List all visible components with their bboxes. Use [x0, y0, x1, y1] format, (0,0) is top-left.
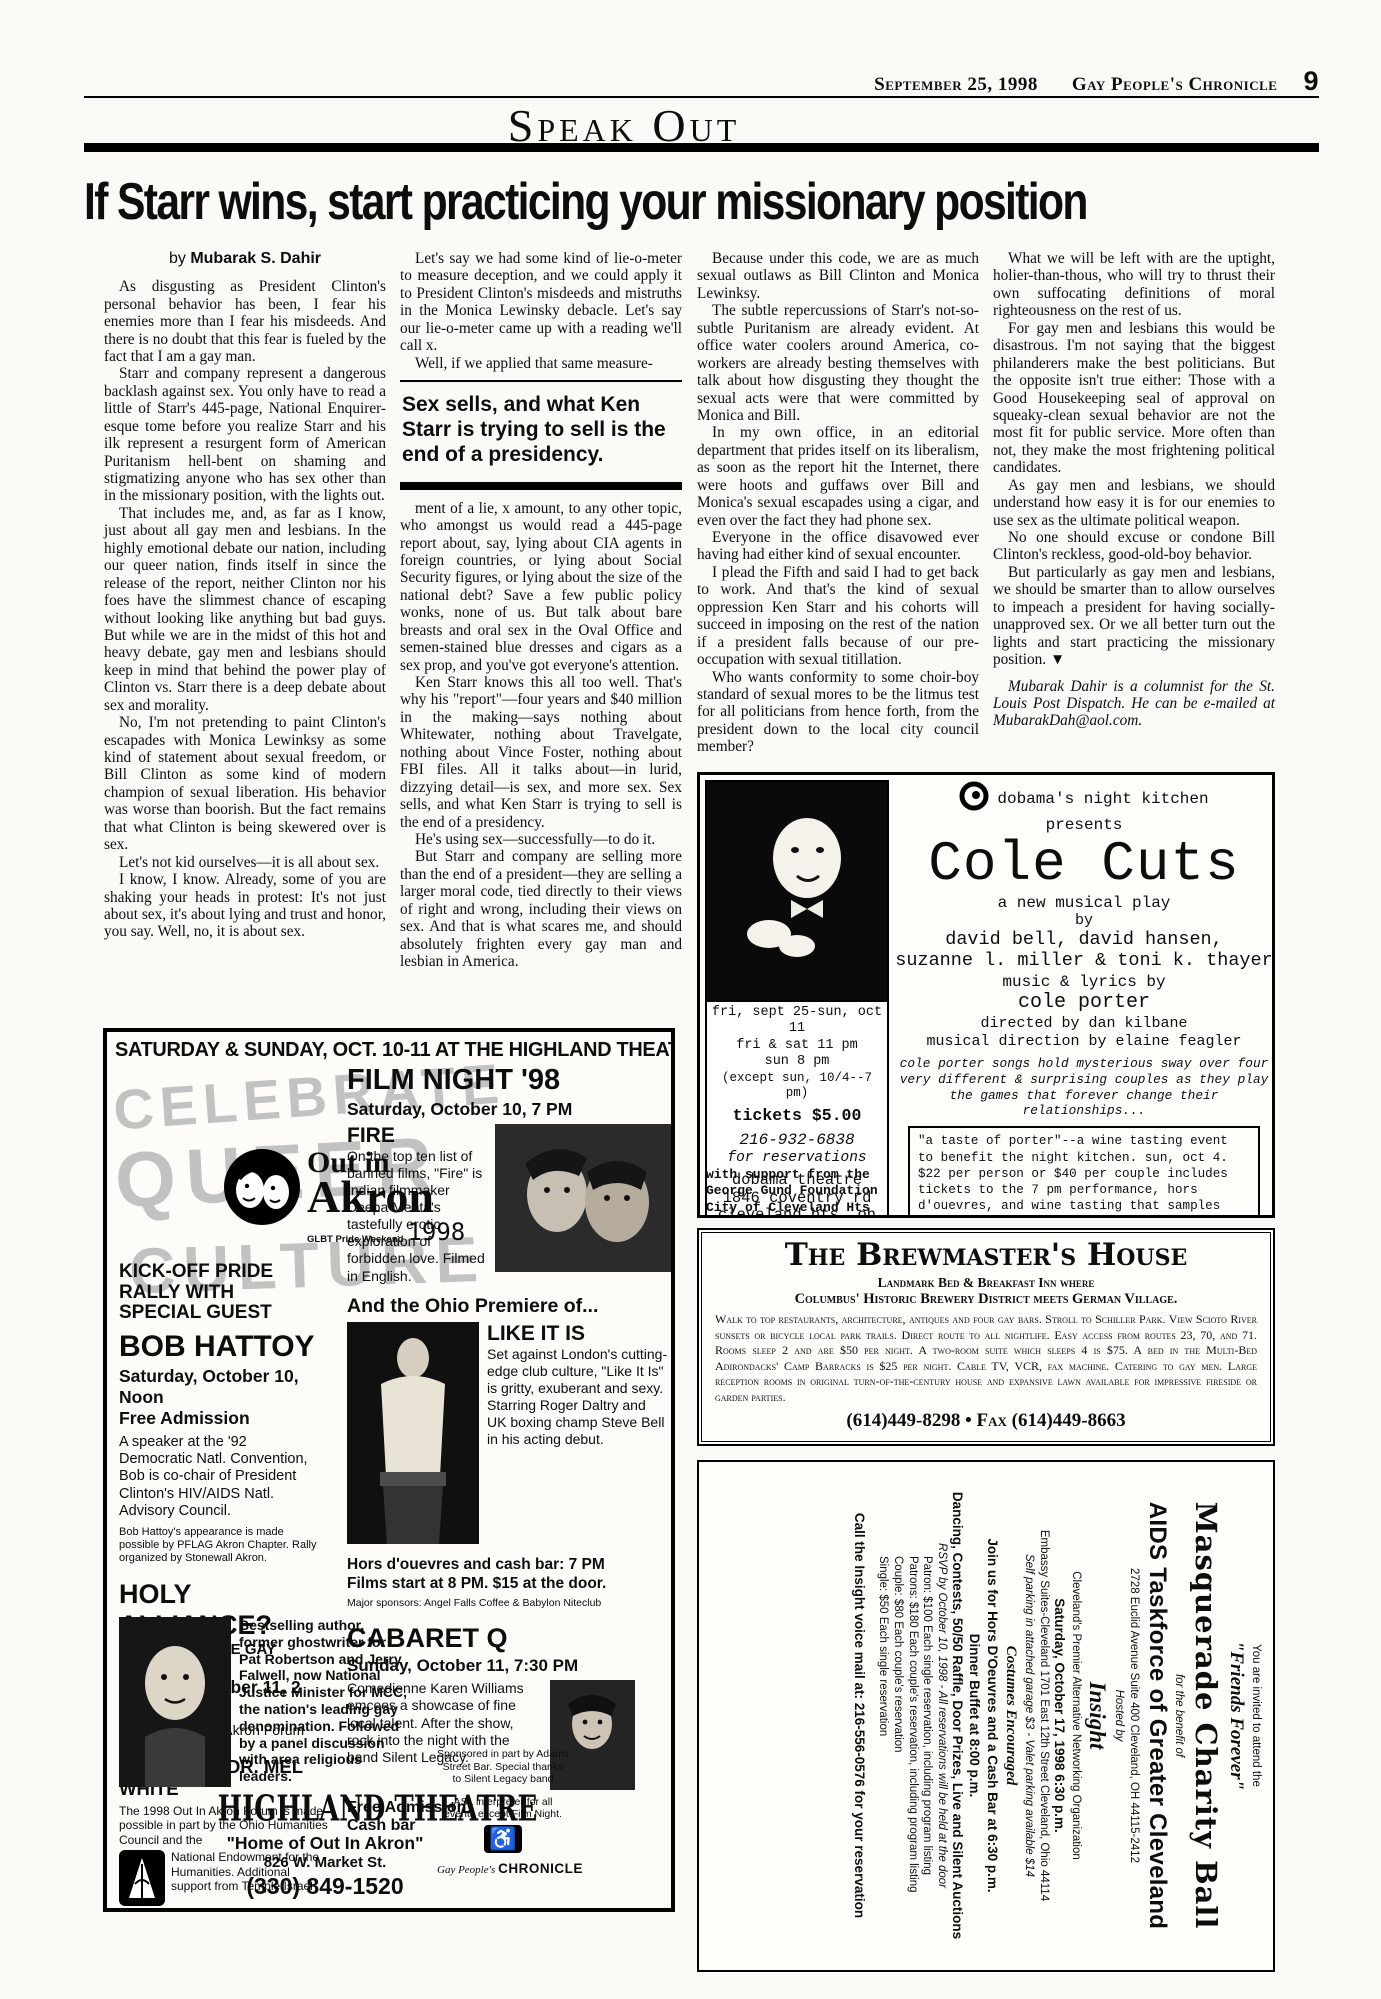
- article-paragraph: Who wants conformity to some choir-boy s…: [697, 669, 979, 756]
- column-1-paragraphs: As disgusting as President Clinton's per…: [104, 278, 386, 941]
- masquerade-ad: You are invited to attend the"Friends Fo…: [697, 1460, 1275, 1972]
- byline-name: Mubarak S. Dahir: [190, 250, 321, 267]
- article-paragraph: For gay men and lesbians this would be d…: [993, 320, 1275, 477]
- issue-date: September 25, 1998: [874, 74, 1038, 95]
- article-paragraph: Well, if we applied that same measure-: [400, 355, 682, 372]
- cole-right-panel: dobama's night kitchen presents Cole Cut…: [894, 781, 1274, 1218]
- article-paragraph: The subtle repercussions of Starr's not-…: [697, 302, 979, 424]
- article-paragraph: I know, I know. Already, some of you are…: [104, 871, 386, 941]
- column-3-paragraphs: Because under this code, we are as much …: [697, 250, 979, 756]
- masquerade-line: Embassy Suites-Cleveland 1701 East 12th …: [1037, 1472, 1050, 1959]
- brewmaster-sub2: Columbus' Historic Brewery District meet…: [715, 1291, 1257, 1308]
- masquerade-line: Insight: [1084, 1472, 1110, 1959]
- chronicle-prefix: Gay People's: [437, 1864, 495, 1876]
- fire-title: FIRE: [347, 1124, 487, 1148]
- highland-middle-column: FILM NIGHT '98 Saturday, October 10, 7 P…: [347, 1064, 675, 1835]
- wheelchair-icon: ♿: [484, 1825, 521, 1853]
- article-paragraph: Starr and company represent a dangerous …: [104, 365, 386, 505]
- section-rule: [84, 143, 1319, 152]
- cole-support-note: with support from the George Gund Founda…: [706, 1167, 906, 1216]
- article-paragraph: I plead the Fifth and said I had to get …: [697, 564, 979, 669]
- fire-section: FIRE On the top ten list of banned films…: [347, 1124, 675, 1285]
- film-night-when: Saturday, October 10, 7 PM: [347, 1099, 675, 1120]
- article-paragraph: Ken Starr knows this all too well. That'…: [400, 674, 682, 831]
- cole-cuts-photo: [707, 782, 887, 1000]
- venue-address: 826 W. Market St.: [211, 1854, 439, 1871]
- cole-by-label: by: [894, 912, 1274, 929]
- fire-photo: [495, 1124, 671, 1285]
- like-it-is-title: LIKE IT IS: [487, 1322, 669, 1346]
- masquerade-line: Couple: $80 Each couple's reservation: [891, 1472, 904, 1959]
- masquerade-line: Join us for Hors D'Oeuvres and a Cash Ba…: [985, 1472, 1000, 1959]
- cole-musical-director: musical direction by elaine feagler: [894, 1033, 1274, 1050]
- cole-schedule-4: (except sun, 10/4--7 pm): [708, 1071, 886, 1102]
- article-paragraph: But Starr and company are selling more t…: [400, 848, 682, 970]
- masquerade-line: Hosted by: [1112, 1472, 1125, 1959]
- article-paragraph: That includes me, and, as far as I know,…: [104, 505, 386, 714]
- column-2-paragraphs-after: ment of a lie, x amount, to any other to…: [400, 500, 682, 971]
- masquerade-line: Cleveland's Premier Alternative Networki…: [1069, 1472, 1082, 1959]
- film-info-2: Films start at 8 PM. $15 at the door.: [347, 1574, 675, 1593]
- cole-title: Cole Cuts: [894, 836, 1274, 892]
- rally-body: A speaker at the '92 Democratic Natl. Co…: [119, 1434, 321, 1521]
- article-paragraph: Because under this code, we are as much …: [697, 250, 979, 302]
- fire-text: FIRE On the top ten list of banned films…: [347, 1124, 487, 1285]
- chronicle-name: CHRONICLE: [498, 1861, 583, 1876]
- masquerade-line: Masquerade Charity Ball: [1189, 1472, 1221, 1959]
- article-paragraph: As disgusting as President Clinton's per…: [104, 278, 386, 365]
- cole-composer: cole porter: [894, 991, 1274, 1014]
- pull-quote: Sex sells, and what Ken Starr is trying …: [400, 380, 682, 490]
- article-paragraph: Everyone in the office disavowed ever ha…: [697, 529, 979, 564]
- rally-guest: BOB HATTOY: [119, 1330, 321, 1364]
- like-it-is-photo: [347, 1322, 479, 1549]
- like-it-is-text: LIKE IT IS Set against London's cutting-…: [487, 1322, 669, 1549]
- rally-admission: Free Admission: [119, 1408, 321, 1429]
- cole-phone: 216-932-6838: [708, 1131, 886, 1151]
- author-bio: Mubarak Dahir is a columnist for the St.…: [993, 678, 1275, 730]
- masquerade-line: Dinner Buffet at 8:00 p.m.: [967, 1472, 982, 1959]
- article-paragraph: Let's say we had some kind of lie-o-mete…: [400, 250, 682, 355]
- dobama-logo-icon: [959, 781, 989, 816]
- article-paragraph: He's using sex—successfully—to do it.: [400, 831, 682, 848]
- asl-note: ASL interpreter for all events except Fi…: [437, 1796, 569, 1821]
- article-paragraph: What we will be left with are the uptigh…: [993, 250, 1275, 320]
- like-it-is-body: Set against London's cutting-edge club c…: [487, 1346, 669, 1448]
- brewmaster-ad: The Brewmaster's House Landmark Bed & Br…: [697, 1228, 1275, 1446]
- masthead: September 25, 1998Gay People's Chronicle…: [874, 66, 1319, 97]
- cole-authors-2: suzanne l. miller & toni k. thayer: [894, 950, 1274, 971]
- byline: by Mubarak S. Dahir: [104, 250, 386, 268]
- cole-schedule-1: fri, sept 25-sun, oct 11: [708, 1005, 886, 1038]
- masquerade-line: 2728 Euclid Avenue Suite 400 Cleveland, …: [1127, 1472, 1140, 1959]
- brewmaster-phone: (614)449-8298 • Fax (614)449-8663: [715, 1410, 1257, 1432]
- venue-phone: (330) 849-1520: [211, 1873, 439, 1900]
- article-paragraph: No one should excuse or condone Bill Cli…: [993, 529, 1275, 564]
- cabaret-heading: CABARET Q: [347, 1623, 675, 1654]
- masquerade-line: for the benefit of: [1173, 1472, 1186, 1959]
- masthead-rule: [84, 96, 1319, 98]
- cole-presenter: dobama's night kitchen: [997, 790, 1208, 808]
- masquerade-line: Saturday, October 17, 1998 6:30 p.m.: [1052, 1472, 1067, 1959]
- cole-director: directed by dan kilbane: [894, 1015, 1274, 1032]
- highland-theatre-ad: SATURDAY & SUNDAY, OCT. 10-11 AT THE HIG…: [103, 1028, 675, 1912]
- cole-left-panel: fri, sept 25-sun, oct 11 fri & sat 11 pm…: [705, 780, 889, 1218]
- highland-right-bits: Sponsored in part by Adams Street Bar. S…: [437, 1748, 569, 1877]
- masquerade-line: Patrons: $180 Each couple's reservation,…: [906, 1472, 919, 1959]
- masquerade-line: Self parking in attached garage $3 - Val…: [1022, 1472, 1035, 1959]
- film-info-1: Hors d'ouevres and cash bar: 7 PM: [347, 1555, 675, 1574]
- masquerade-line: RSVP by October 10, 1998 - All reservati…: [935, 1472, 948, 1959]
- masquerade-line: Single: $50 Each single reservation: [876, 1472, 889, 1959]
- neh-logo-icon: [119, 1850, 165, 1909]
- masquerade-line: Call the Insight voice mail at: 216-556-…: [852, 1472, 867, 1959]
- brewmaster-title: The Brewmaster's House: [715, 1240, 1257, 1271]
- like-it-is-section: LIKE IT IS Set against London's cutting-…: [347, 1322, 675, 1549]
- cole-authors-1: david bell, david hansen,: [894, 929, 1274, 950]
- cabaret-sponsor-note: Sponsored in part by Adams Street Bar. S…: [437, 1748, 569, 1786]
- chronicle-logo: Gay People's CHRONICLE: [437, 1861, 569, 1877]
- article-column-3: Because under this code, we are as much …: [697, 250, 979, 756]
- cole-music-label: music & lyrics by: [894, 973, 1274, 991]
- article-column-2: Let's say we had some kind of lie-o-mete…: [400, 250, 682, 970]
- article-paragraph: As gay men and lesbians, we should under…: [993, 477, 1275, 529]
- rally-when: Saturday, October 10, Noon: [119, 1366, 321, 1408]
- masquerade-line: Costumes Encouraged: [1003, 1472, 1020, 1959]
- article-paragraph: In my own office, in an editorial depart…: [697, 424, 979, 529]
- film-night-heading: FILM NIGHT '98: [347, 1064, 675, 1097]
- article-column-1: by Mubarak S. Dahir As disgusting as Pre…: [104, 250, 386, 941]
- article-paragraph: But particularly as gay men and lesbians…: [993, 564, 1275, 669]
- cabaret-when: Sunday, October 11, 7:30 PM: [347, 1656, 675, 1676]
- article-paragraph: No, I'm not pretending to paint Clinton'…: [104, 714, 386, 854]
- page-number: 9: [1303, 66, 1319, 96]
- article-column-4: What we will be left with are the uptigh…: [993, 250, 1275, 730]
- article-headline: If Starr wins, start practicing your mis…: [84, 172, 1087, 232]
- ohio-premiere-heading: And the Ohio Premiere of...: [347, 1295, 675, 1318]
- masquerade-line: You are invited to attend the: [1249, 1472, 1262, 1959]
- cole-schedule-3: sun 8 pm: [708, 1054, 886, 1070]
- highland-venue-block: HIGHLAND THEATRE "Home of Out In Akron" …: [211, 1794, 439, 1900]
- byline-prefix: by: [169, 250, 190, 267]
- cole-phone-note: for reservations: [708, 1150, 886, 1168]
- mel-white-photo: [119, 1617, 231, 1792]
- brewmaster-sub1: Landmark Bed & Breakfast Inn where: [715, 1275, 1257, 1291]
- newspaper-page: September 25, 1998Gay People's Chronicle…: [0, 0, 1381, 1999]
- cole-tasting-box: "a taste of porter"--a wine tasting even…: [908, 1126, 1260, 1218]
- masquerade-rotated-content: You are invited to attend the"Friends Fo…: [699, 1462, 1272, 1969]
- out-in-akron-faces-icon: [223, 1148, 301, 1231]
- masquerade-line: Dancing, Contests, 50/50 Raffle, Door Pr…: [950, 1472, 965, 1959]
- column-2-paragraphs-before: Let's say we had some kind of lie-o-mete…: [400, 250, 682, 372]
- cole-schedule-2: fri & sat 11 pm: [708, 1038, 886, 1054]
- cole-tickets: tickets $5.00: [708, 1106, 886, 1126]
- column-4-paragraphs: What we will be left with are the uptigh…: [993, 250, 1275, 669]
- rally-fine-print: Bob Hattoy's appearance is made possible…: [119, 1526, 321, 1566]
- masquerade-line: "Friends Forever": [1226, 1472, 1247, 1959]
- masquerade-line: Patron: $100 Each single reservation, in…: [921, 1472, 934, 1959]
- venue-tagline: "Home of Out In Akron": [211, 1833, 439, 1854]
- film-sponsors: Major sponsors: Angel Falls Coffee & Bab…: [347, 1597, 675, 1609]
- brewmaster-body: Walk to top restaurants, architecture, a…: [715, 1312, 1257, 1406]
- publication-name: Gay People's Chronicle: [1072, 74, 1278, 95]
- cole-cuts-ad: fri, sept 25-sun, oct 11 fri & sat 11 pm…: [697, 772, 1275, 1218]
- article-paragraph: Let's not kid ourselves—it is all about …: [104, 854, 386, 871]
- cole-subtitle: a new musical play: [894, 894, 1274, 912]
- rally-heading: KICK-OFF PRIDE RALLY WITH SPECIAL GUEST: [119, 1262, 321, 1324]
- cole-blurb: cole porter songs hold mysterious sway o…: [894, 1056, 1274, 1120]
- fire-body: On the top ten list of banned films, "Fi…: [347, 1148, 487, 1285]
- masquerade-line: AIDS Taskforce of Greater Cleveland: [1143, 1472, 1170, 1959]
- article-paragraph: ment of a lie, x amount, to any other to…: [400, 500, 682, 674]
